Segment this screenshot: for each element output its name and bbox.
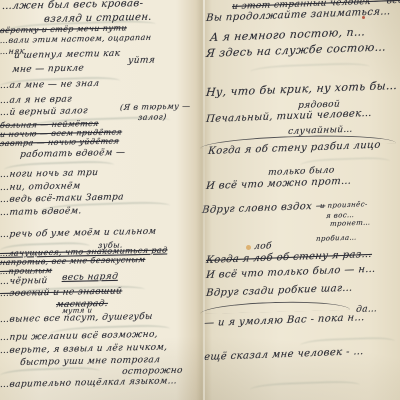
manuscript-line: тронет… bbox=[330, 220, 371, 229]
manuscript-line: — и я умоляю Вас - пока н… bbox=[204, 313, 366, 329]
manuscript-line: А я немного постою, п… bbox=[210, 26, 366, 43]
manuscript-line: пробила… bbox=[316, 234, 357, 243]
manuscript-scan: …лжен был весь кровав- взгляд и страшен.… bbox=[0, 0, 400, 400]
manuscript-line: Когда я лоб об стену я раз… bbox=[206, 250, 373, 266]
manuscript-line: и произнёс- bbox=[320, 201, 368, 210]
manuscript-line: Когда я об стену разбил лицо bbox=[208, 141, 382, 157]
manuscript-line: лоб bbox=[254, 242, 273, 252]
manuscript-line: Ну, что бы крик, ну хоть бы… bbox=[206, 80, 398, 98]
manuscript-line: ещё сказал мне человек - … bbox=[204, 347, 365, 363]
right-page: и этот странный человек — весь б… Вы про… bbox=[0, 0, 400, 400]
manuscript-line: Печальный, тихий человек… bbox=[206, 109, 373, 125]
manuscript-line: Вдруг сзади робкие шаг… bbox=[206, 284, 354, 299]
manuscript-line: И всё что только было — н… bbox=[206, 265, 377, 281]
manuscript-line: случайный… bbox=[288, 126, 354, 137]
manuscript-line: Я здесь на службе состою… bbox=[206, 41, 387, 59]
manuscript-line: И всё что можно прот… bbox=[206, 177, 352, 192]
separator-stroke bbox=[200, 300, 350, 314]
manuscript-line: Вдруг словно вздох — bbox=[202, 201, 327, 216]
